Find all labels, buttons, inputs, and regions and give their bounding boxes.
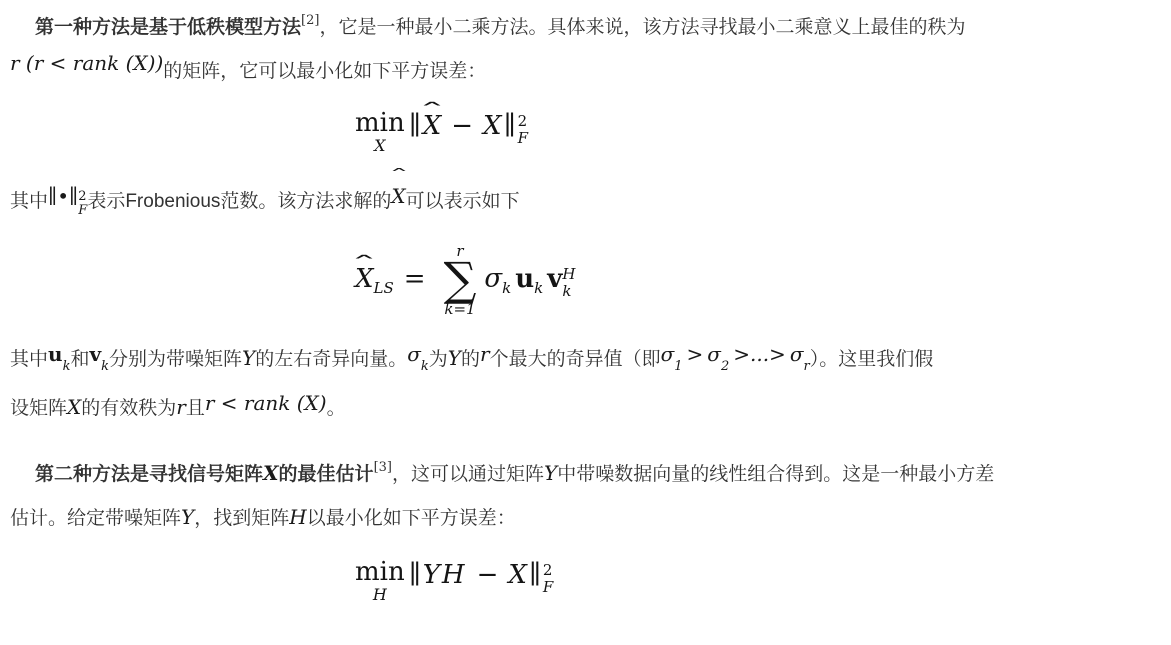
left-singular-vector: u xyxy=(515,264,534,294)
x-hat-ls: X xyxy=(355,265,374,295)
min-label: min xyxy=(355,110,405,136)
inline-r-rank: r xyxy=(176,395,186,419)
p3-t2: 和 xyxy=(70,349,89,370)
equation-least-squares-objective: minX∥X−X∥2F xyxy=(355,110,1157,154)
p2-text-pre: 其中 xyxy=(10,191,48,212)
p3-t6: 的 xyxy=(461,349,480,370)
norm-sup-sub-2: 2F xyxy=(543,562,553,595)
norm-index-2: F xyxy=(543,579,553,596)
paragraph-4: 第二种方法是寻找信号矩阵X的最佳估计[3]，这可以通过矩阵Y中带噪数据向量的线性… xyxy=(10,453,1157,539)
inline-v-vector: v xyxy=(89,342,101,366)
singular-value-index: k xyxy=(502,279,511,297)
left-singular-vector-index: k xyxy=(534,279,543,297)
equals-sign: = xyxy=(404,264,426,294)
v-sup-sub: Hk xyxy=(562,266,575,299)
equation-svd-solution: XLS=r∑k=1σkukvHk xyxy=(355,244,1157,316)
v-index: k xyxy=(562,283,575,300)
minus-sign-2: − xyxy=(477,560,499,590)
inline-math-rank-condition: r (r < rank (X)) xyxy=(10,51,163,75)
p1-line2-text: 的矩阵，它可以最小化如下平方误差： xyxy=(163,61,486,82)
p4-l2-t1: 估计。给定带噪矩阵 xyxy=(10,508,181,529)
paragraph-2: 其中∥•∥2F表示Frobenious范数。该方法求解的X可以表示如下 xyxy=(10,180,1157,222)
p4-l2-t2: ，找到矩阵 xyxy=(194,508,289,529)
sigma-1-index: 1 xyxy=(674,359,682,374)
p3-l2-t4: 。 xyxy=(327,398,346,419)
min-operator: minX xyxy=(355,110,405,154)
inline-y-matrix-2: Y xyxy=(448,346,461,370)
singular-value: σ xyxy=(484,264,502,294)
inline-x-signal-matrix: X xyxy=(263,461,279,485)
p2-text-post: 可以表示如下 xyxy=(406,191,520,212)
inline-u-vector: u xyxy=(48,342,63,366)
article-body: 第一种方法是基于低秩模型方法[2]，它是一种最小二乘方法。具体来说，该方法寻找最… xyxy=(0,0,1171,603)
p3-t8: ）。这里我们假 xyxy=(810,349,934,370)
gt-1: > xyxy=(687,342,704,366)
norm-exponent-2: 2 xyxy=(543,562,553,579)
p4-bold-statement-2: 的最佳估计 xyxy=(279,464,374,485)
norm-exponent: 2 xyxy=(518,113,528,130)
sigma-sum-icon: ∑ xyxy=(444,258,477,302)
summation: r∑k=1 xyxy=(444,244,477,316)
p3-l2-t3: 且 xyxy=(186,398,205,419)
paragraph-4-line-1: 第二种方法是寻找信号矩阵X的最佳估计[3]，这可以通过矩阵Y中带噪数据向量的线性… xyxy=(10,453,1157,497)
sigma-r: σ xyxy=(790,342,804,366)
paragraph-3: 其中uk和vk分别为带噪矩阵Y的左右奇异向量。σk为Y的r个最大的奇异值（即σ1… xyxy=(10,338,1157,429)
p4-l2-t3: 以最小化如下平方误差： xyxy=(307,508,516,529)
min-under-variable: X xyxy=(355,136,405,154)
paragraph-3-line-2: 设矩阵X的有效秩为r且r < rank (X)。 xyxy=(10,387,1157,429)
p3-t1: 其中 xyxy=(10,349,48,370)
right-singular-vector: v xyxy=(547,264,562,294)
norm-index: F xyxy=(518,130,528,147)
p3-l2-t1: 设矩阵 xyxy=(10,398,67,419)
paragraph-4-line-2: 估计。给定带噪矩阵Y，找到矩阵H以最小化如下平方误差： xyxy=(10,497,1157,539)
inline-v-index: k xyxy=(101,359,109,374)
p3-t3: 分别为带噪矩阵 xyxy=(109,349,242,370)
p3-t5: 为 xyxy=(429,349,448,370)
inline-y-matrix-3: Y xyxy=(544,461,557,485)
p4-t1: ，这可以通过矩阵 xyxy=(392,464,544,485)
p3-t7: 个最大的奇异值（即 xyxy=(490,349,661,370)
norm-close-2: ∥ xyxy=(529,560,541,590)
paragraph-1: 第一种方法是基于低秩模型方法[2]，它是一种最小二乘方法。具体来说，该方法寻找最… xyxy=(10,8,1157,92)
citation-3: [3] xyxy=(374,460,392,475)
p4-bold-statement-1: 第二种方法是寻找信号矩阵 xyxy=(35,464,263,485)
inline-x-hat: X xyxy=(391,176,405,216)
paragraph-3-line-1: 其中uk和vk分别为带噪矩阵Y的左右奇异向量。σk为Y的r个最大的奇异值（即σ1… xyxy=(10,338,1157,387)
p4-t2: 中带噪数据向量的线性组合得到。这是一种最小方差 xyxy=(557,464,994,485)
inline-r: r xyxy=(480,342,490,366)
yh-product: YH xyxy=(423,560,467,590)
inline-rank-inequality: r < rank (X) xyxy=(205,391,327,415)
paragraph-2-line-1: 其中∥•∥2F表示Frobenious范数。该方法求解的X可以表示如下 xyxy=(10,180,1157,222)
paragraph-1-line-2: r (r < rank (X))的矩阵，它可以最小化如下平方误差： xyxy=(10,50,1157,92)
norm-close: ∥ xyxy=(504,111,516,141)
min-under-variable-2: H xyxy=(355,585,405,603)
equation-min-variance-objective: minH∥YH−X∥2F xyxy=(355,559,1157,603)
gt-dots: >...> xyxy=(733,342,786,366)
x-hat-ls-subscript: LS xyxy=(374,279,394,297)
inline-sigma-k-index: k xyxy=(421,359,429,374)
minus-sign: − xyxy=(451,111,473,141)
x-letter: X xyxy=(483,111,502,141)
p2-text-mid: 表示Frobenious范数。该方法求解的 xyxy=(87,191,391,212)
norm-sup-sub: 2F xyxy=(518,113,528,146)
p1-line1-text: ，它是一种最小二乘方法。具体来说，该方法寻找最小二乘意义上最佳的秩为 xyxy=(319,17,965,38)
p1-bold-statement: 第一种方法是基于低秩模型方法 xyxy=(35,17,301,38)
sigma-2-index: 2 xyxy=(721,359,729,374)
inline-norm-index: F xyxy=(78,204,87,218)
citation-2: [2] xyxy=(301,13,319,28)
x-letter-2: X xyxy=(508,560,527,590)
inline-sigma-k: σ xyxy=(407,342,421,366)
p3-t4: 的左右奇异向量。 xyxy=(255,349,407,370)
inline-x-matrix: X xyxy=(67,395,81,419)
inline-y-matrix-1: Y xyxy=(242,346,255,370)
hermitian-exponent: H xyxy=(562,266,575,283)
sum-lower-limit: k=1 xyxy=(444,302,477,316)
sigma-1: σ xyxy=(661,342,675,366)
p3-l2-t2: 的有效秩为 xyxy=(81,398,176,419)
min-label-2: min xyxy=(355,559,405,585)
inline-h-matrix: H xyxy=(289,505,306,529)
sigma-2: σ xyxy=(707,342,721,366)
paragraph-1-line-1: 第一种方法是基于低秩模型方法[2]，它是一种最小二乘方法。具体来说，该方法寻找最… xyxy=(10,8,1157,50)
inline-norm-exponent: 2 xyxy=(78,190,87,204)
inline-norm-sup-sub: 2F xyxy=(78,190,87,217)
inline-math-norm: ∥•∥ xyxy=(48,184,78,208)
min-operator-2: minH xyxy=(355,559,405,603)
norm-open-2: ∥ xyxy=(409,560,421,590)
inline-y-matrix-4: Y xyxy=(181,505,194,529)
x-hat: X xyxy=(423,112,442,142)
